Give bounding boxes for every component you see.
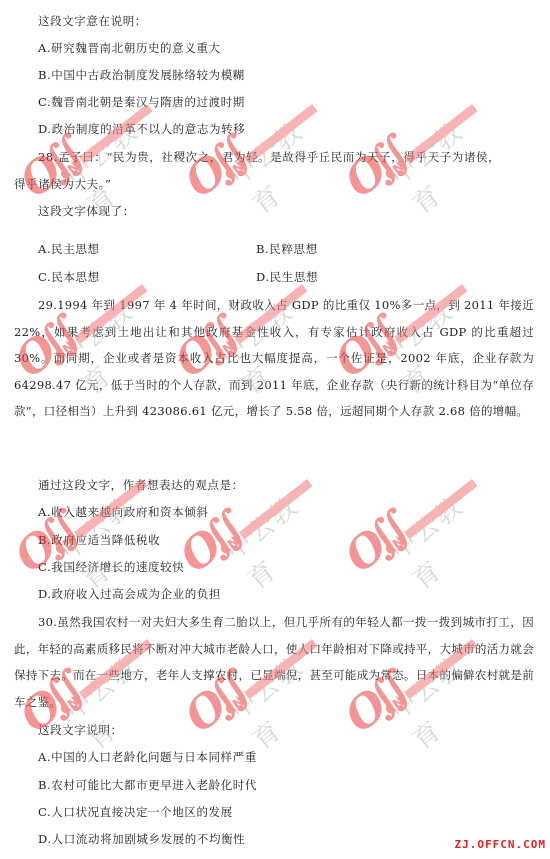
watermark-logo-icon: O∫∫	[336, 506, 414, 583]
q30-prompt: 这段文字说明：	[38, 723, 123, 737]
q30-option-a: A.中国的人口老龄化问题与日本同样严重	[38, 750, 257, 764]
watermark-brand-text: 中公教育	[216, 475, 342, 596]
q28-stem-line2: 得乎诸侯为大夫。”	[14, 177, 112, 191]
q28-prompt: 这段文字体现了：	[38, 204, 135, 218]
watermark-band	[239, 479, 312, 539]
watermark-cn-text: CN	[383, 534, 408, 558]
watermark-logo-icon: O∫∫	[176, 131, 254, 208]
q27-option-d: D.政治制度的沿革不以人的意志为转移	[38, 122, 245, 136]
q29-option-a: A.收入越来越向政府和资本倾斜	[38, 505, 208, 519]
q30-option-c: C.人口状况直接决定一个地区的发展	[38, 805, 233, 819]
q27-prompt: 这段文字意在说明：	[38, 14, 147, 28]
q28-stem-line1: 28.孟子曰：“民为贵，社稷次之，君为轻。是故得乎丘民而为天子，得乎天子为诸侯，	[38, 150, 500, 164]
q29-option-c: C.我国经济增长的速度较快	[38, 560, 184, 574]
q30-option-b: B.农村可能比大都市更早进入老龄化时代	[38, 778, 257, 792]
watermark-cn-text: CN	[218, 534, 243, 558]
watermark-brand-text: 中公教育	[381, 475, 507, 596]
q30-stem: 30.虽然我国农村一对夫妇大多生育二胎以上，但几乎所有的年轻人都一拨一拨到城市打…	[14, 609, 534, 715]
q29-prompt: 通过这段文字，作者想表达的观点是：	[38, 478, 244, 492]
q29-option-b: B.政府应适当降低税收	[38, 533, 160, 547]
offcn-watermark: 中公教育 O∫∫ CN	[180, 485, 330, 585]
q28-option-d: D.民生思想	[256, 270, 318, 284]
q27-option-c: C.魏晋南北朝是秦汉与隋唐的过渡时期	[38, 95, 245, 109]
exam-page: 这段文字意在说明： A.研究魏晋南北朝历史的意义重大 B.中国中古政治制度发展脉…	[0, 0, 550, 859]
watermark-logo-icon: O∫∫	[11, 131, 89, 208]
q29-option-d: D.政府收入过高会成为企业的负担	[38, 587, 221, 601]
q29-stem: 29.1994 年到 1997 年 4 年时间，财政收入占 GDP 的比重仅 1…	[14, 292, 534, 425]
watermark-band	[404, 479, 477, 539]
footer-site-url: ZJ.OFFCN.COM	[455, 838, 546, 851]
q30-option-d: D.人口流动将加剧城乡发展的不均衡性	[38, 832, 245, 846]
q28-option-c: C.民本思想	[38, 270, 100, 284]
q28-option-a: A.民主思想	[38, 242, 100, 256]
q28-option-b: B.民粹思想	[256, 242, 318, 256]
watermark-logo-icon: O∫∫	[336, 131, 414, 208]
q27-option-b: B.中国中古政治制度发展脉络较为模糊	[38, 68, 245, 82]
q27-option-a: A.研究魏晋南北朝历史的意义重大	[38, 41, 221, 55]
offcn-watermark: 中公教育 O∫∫ CN	[345, 485, 495, 585]
